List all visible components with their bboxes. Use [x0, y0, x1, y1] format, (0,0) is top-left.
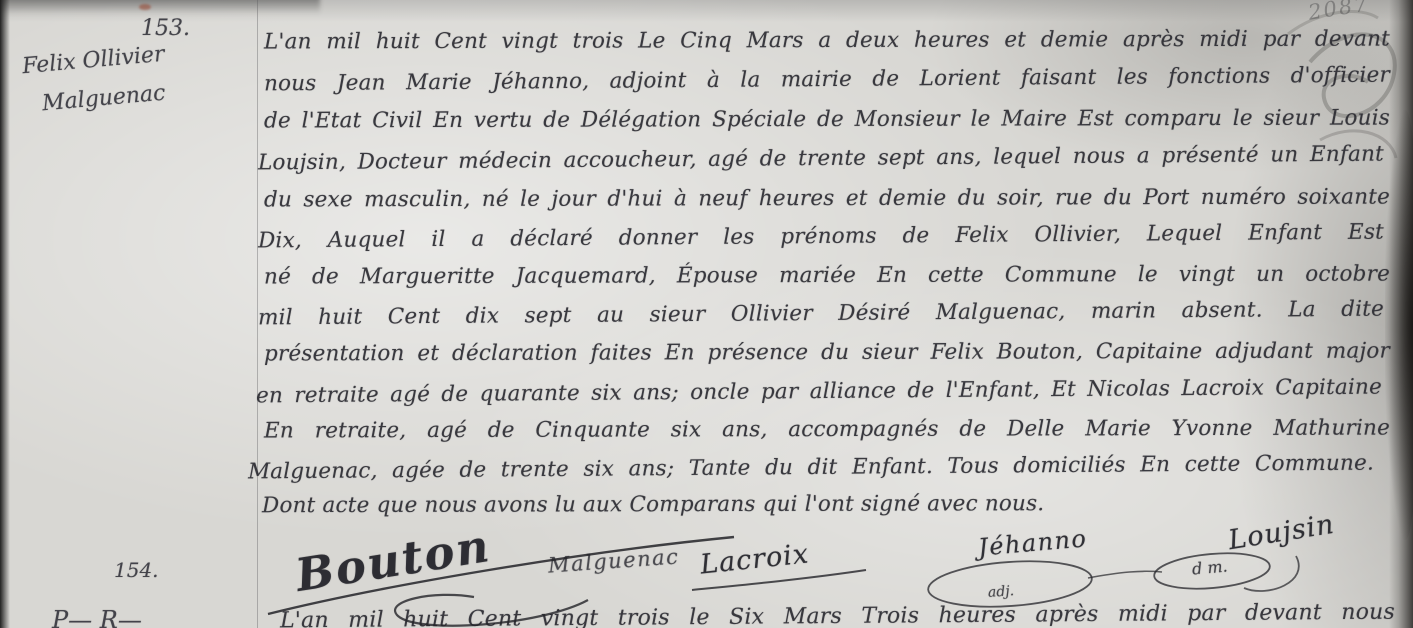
act-text-line: Dont acte que nous avons lu aux Comparan… — [262, 491, 1192, 518]
act-text-line: En retraite, agé de Cinquante six ans, a… — [264, 416, 1390, 444]
act-text-line: Loujsin, Docteur médecin accoucheur, agé… — [258, 142, 1384, 176]
act-text-line: mil huit Cent dix sept au sieur Ollivier… — [258, 297, 1384, 331]
act-text-line: Malguenac, agée de trente six ans; Tante… — [248, 451, 1374, 485]
entry-number: 153. — [141, 16, 190, 41]
act-text-line: né de Margueritte Jacquemard, Épouse mar… — [264, 262, 1390, 290]
scanned-register-page: 2087 153. Felix Ollivier Malguenac 154. … — [0, 0, 1413, 628]
next-entry-number: 154. — [114, 558, 159, 582]
handwriting-layer: 153. Felix Ollivier Malguenac 154. P— R—… — [0, 0, 1413, 628]
signature-lacroix: Lacroix — [699, 538, 811, 580]
next-margin-name-fragment: P— R— — [52, 606, 142, 628]
next-act-fragment: L'an mil huit Cent vingt trois le Six Ma… — [280, 600, 1395, 628]
margin-name-line2: Malguenac — [41, 81, 166, 117]
margin-name-line1: Felix Ollivier — [21, 42, 165, 79]
act-text-line: Dix, Auquel il a déclaré donner les prén… — [258, 220, 1384, 254]
act-text-line: L'an mil huit Cent vingt trois Le Cinq M… — [264, 27, 1390, 55]
signature-jehanno: Jéhanno — [977, 524, 1088, 561]
signature-annotation-adjoint: adj. — [987, 583, 1014, 601]
signature-annotation-docteur: d m. — [1191, 556, 1228, 578]
signature-loujsin: Loujsin — [1226, 509, 1336, 556]
act-text-line: du sexe masculin, né le jour d'hui à neu… — [264, 185, 1390, 213]
act-text-line: présentation et déclaration faites En pr… — [264, 339, 1390, 367]
signature-malguenac: Malguenac — [547, 544, 680, 577]
signature-bouton: Bouton — [292, 519, 494, 602]
act-text-line: de l'Etat Civil En vertu de Délégation S… — [264, 106, 1390, 134]
act-text-line: nous Jean Marie Jéhanno, adjoint à la ma… — [264, 63, 1390, 97]
act-text-line: en retraite agé de quarante six ans; onc… — [256, 375, 1382, 409]
